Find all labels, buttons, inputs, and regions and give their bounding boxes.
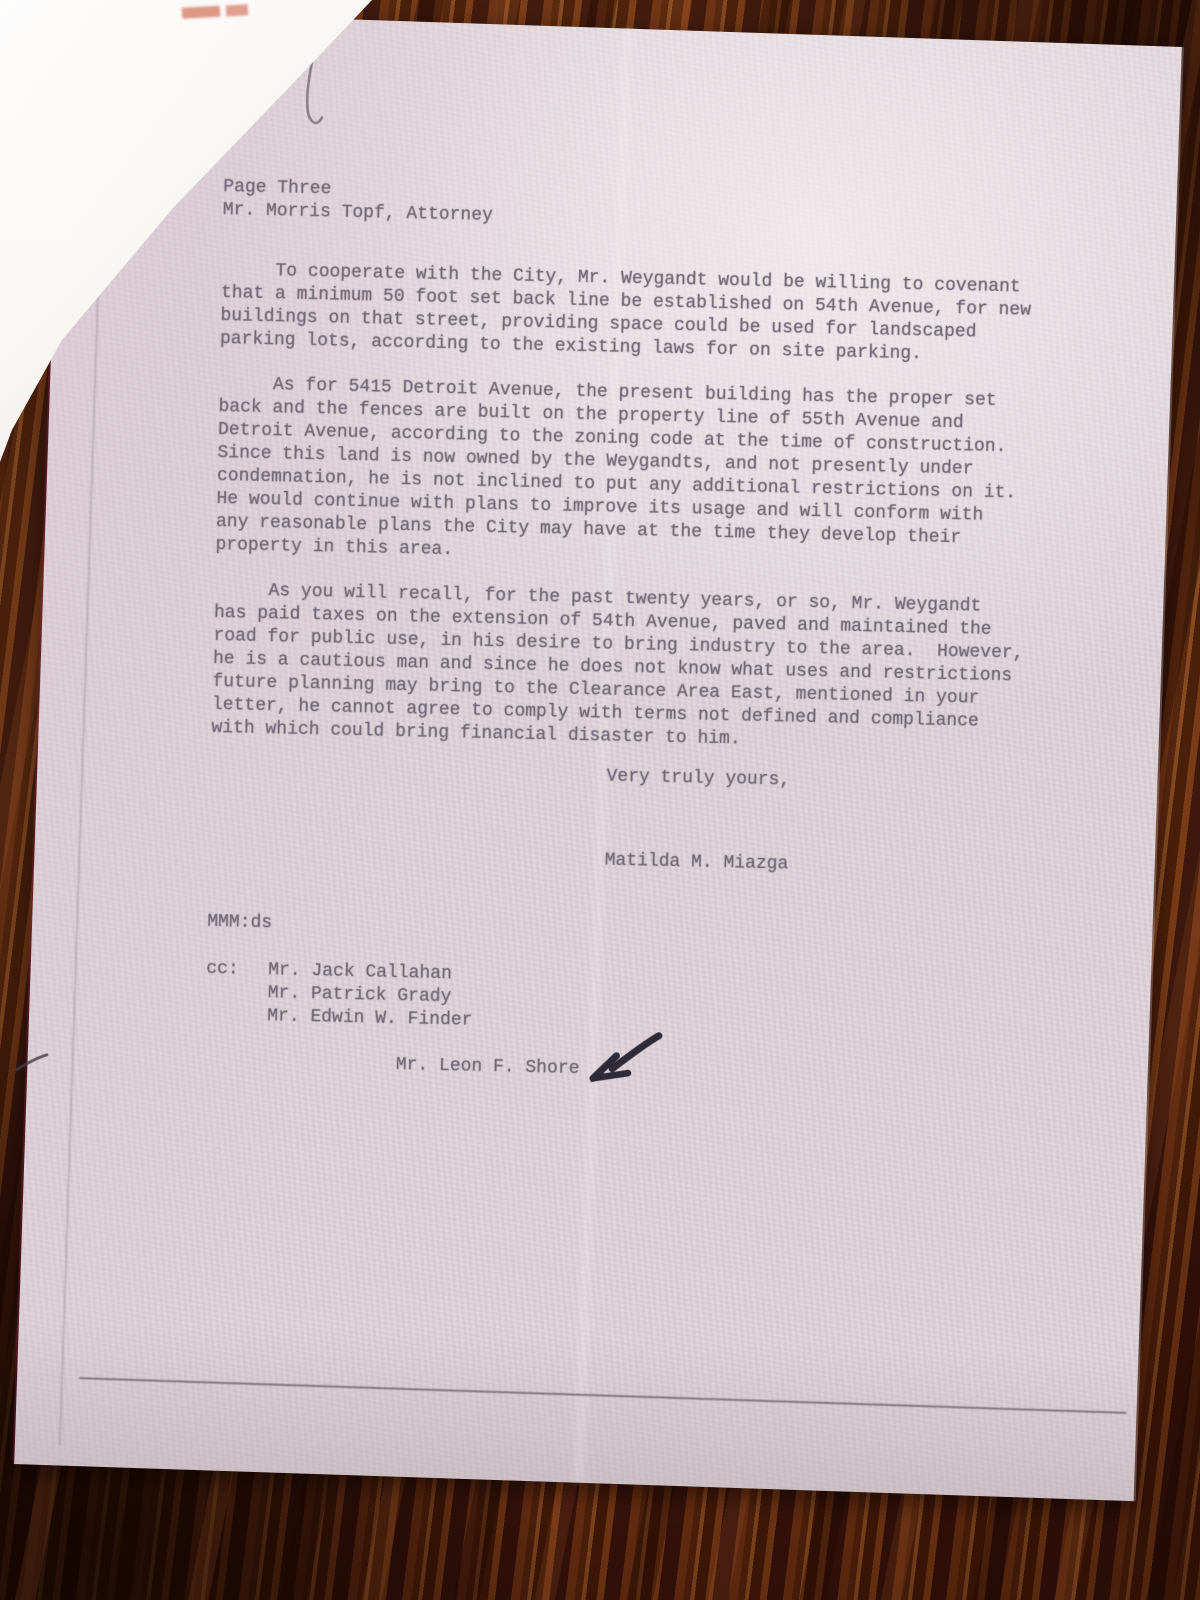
ink-arrow-icon [586, 1028, 665, 1088]
paragraph-1: To cooperate with the City, Mr. Weygandt… [220, 259, 1062, 369]
typed-letter-content: Page Three Mr. Morris Topf, Attorney To … [202, 176, 1063, 1160]
letter-page: Page Three Mr. Morris Topf, Attorney To … [14, 10, 1182, 1501]
cc-name-list: Mr. Jack Callahan Mr. Patrick Grady Mr. … [264, 959, 581, 1150]
cc-name-4-text: Mr. Leon F. Shore [396, 1055, 580, 1079]
typist-reference: MMM:ds [207, 911, 1047, 952]
cc-label: cc: [202, 958, 268, 1143]
desk-photo: Page Three Mr. Morris Topf, Attorney To … [0, 0, 1200, 1600]
signature-name: Matilda M. Miazga [604, 850, 1048, 883]
paragraph-3: As you will recall, for the past twenty … [211, 579, 1054, 758]
left-crease [59, 201, 102, 1445]
left-edge-dash-mark [13, 1051, 50, 1074]
cc-name-4: Mr. Leon F. Shore [264, 1028, 580, 1150]
paragraph-2: As for 5415 Detroit Avenue, the present … [215, 373, 1059, 575]
closing-line: Very truly yours, [606, 766, 1050, 799]
cc-block: cc: Mr. Jack Callahan Mr. Patrick Grady … [202, 958, 1046, 1160]
bottom-fold-line [79, 1377, 1126, 1414]
